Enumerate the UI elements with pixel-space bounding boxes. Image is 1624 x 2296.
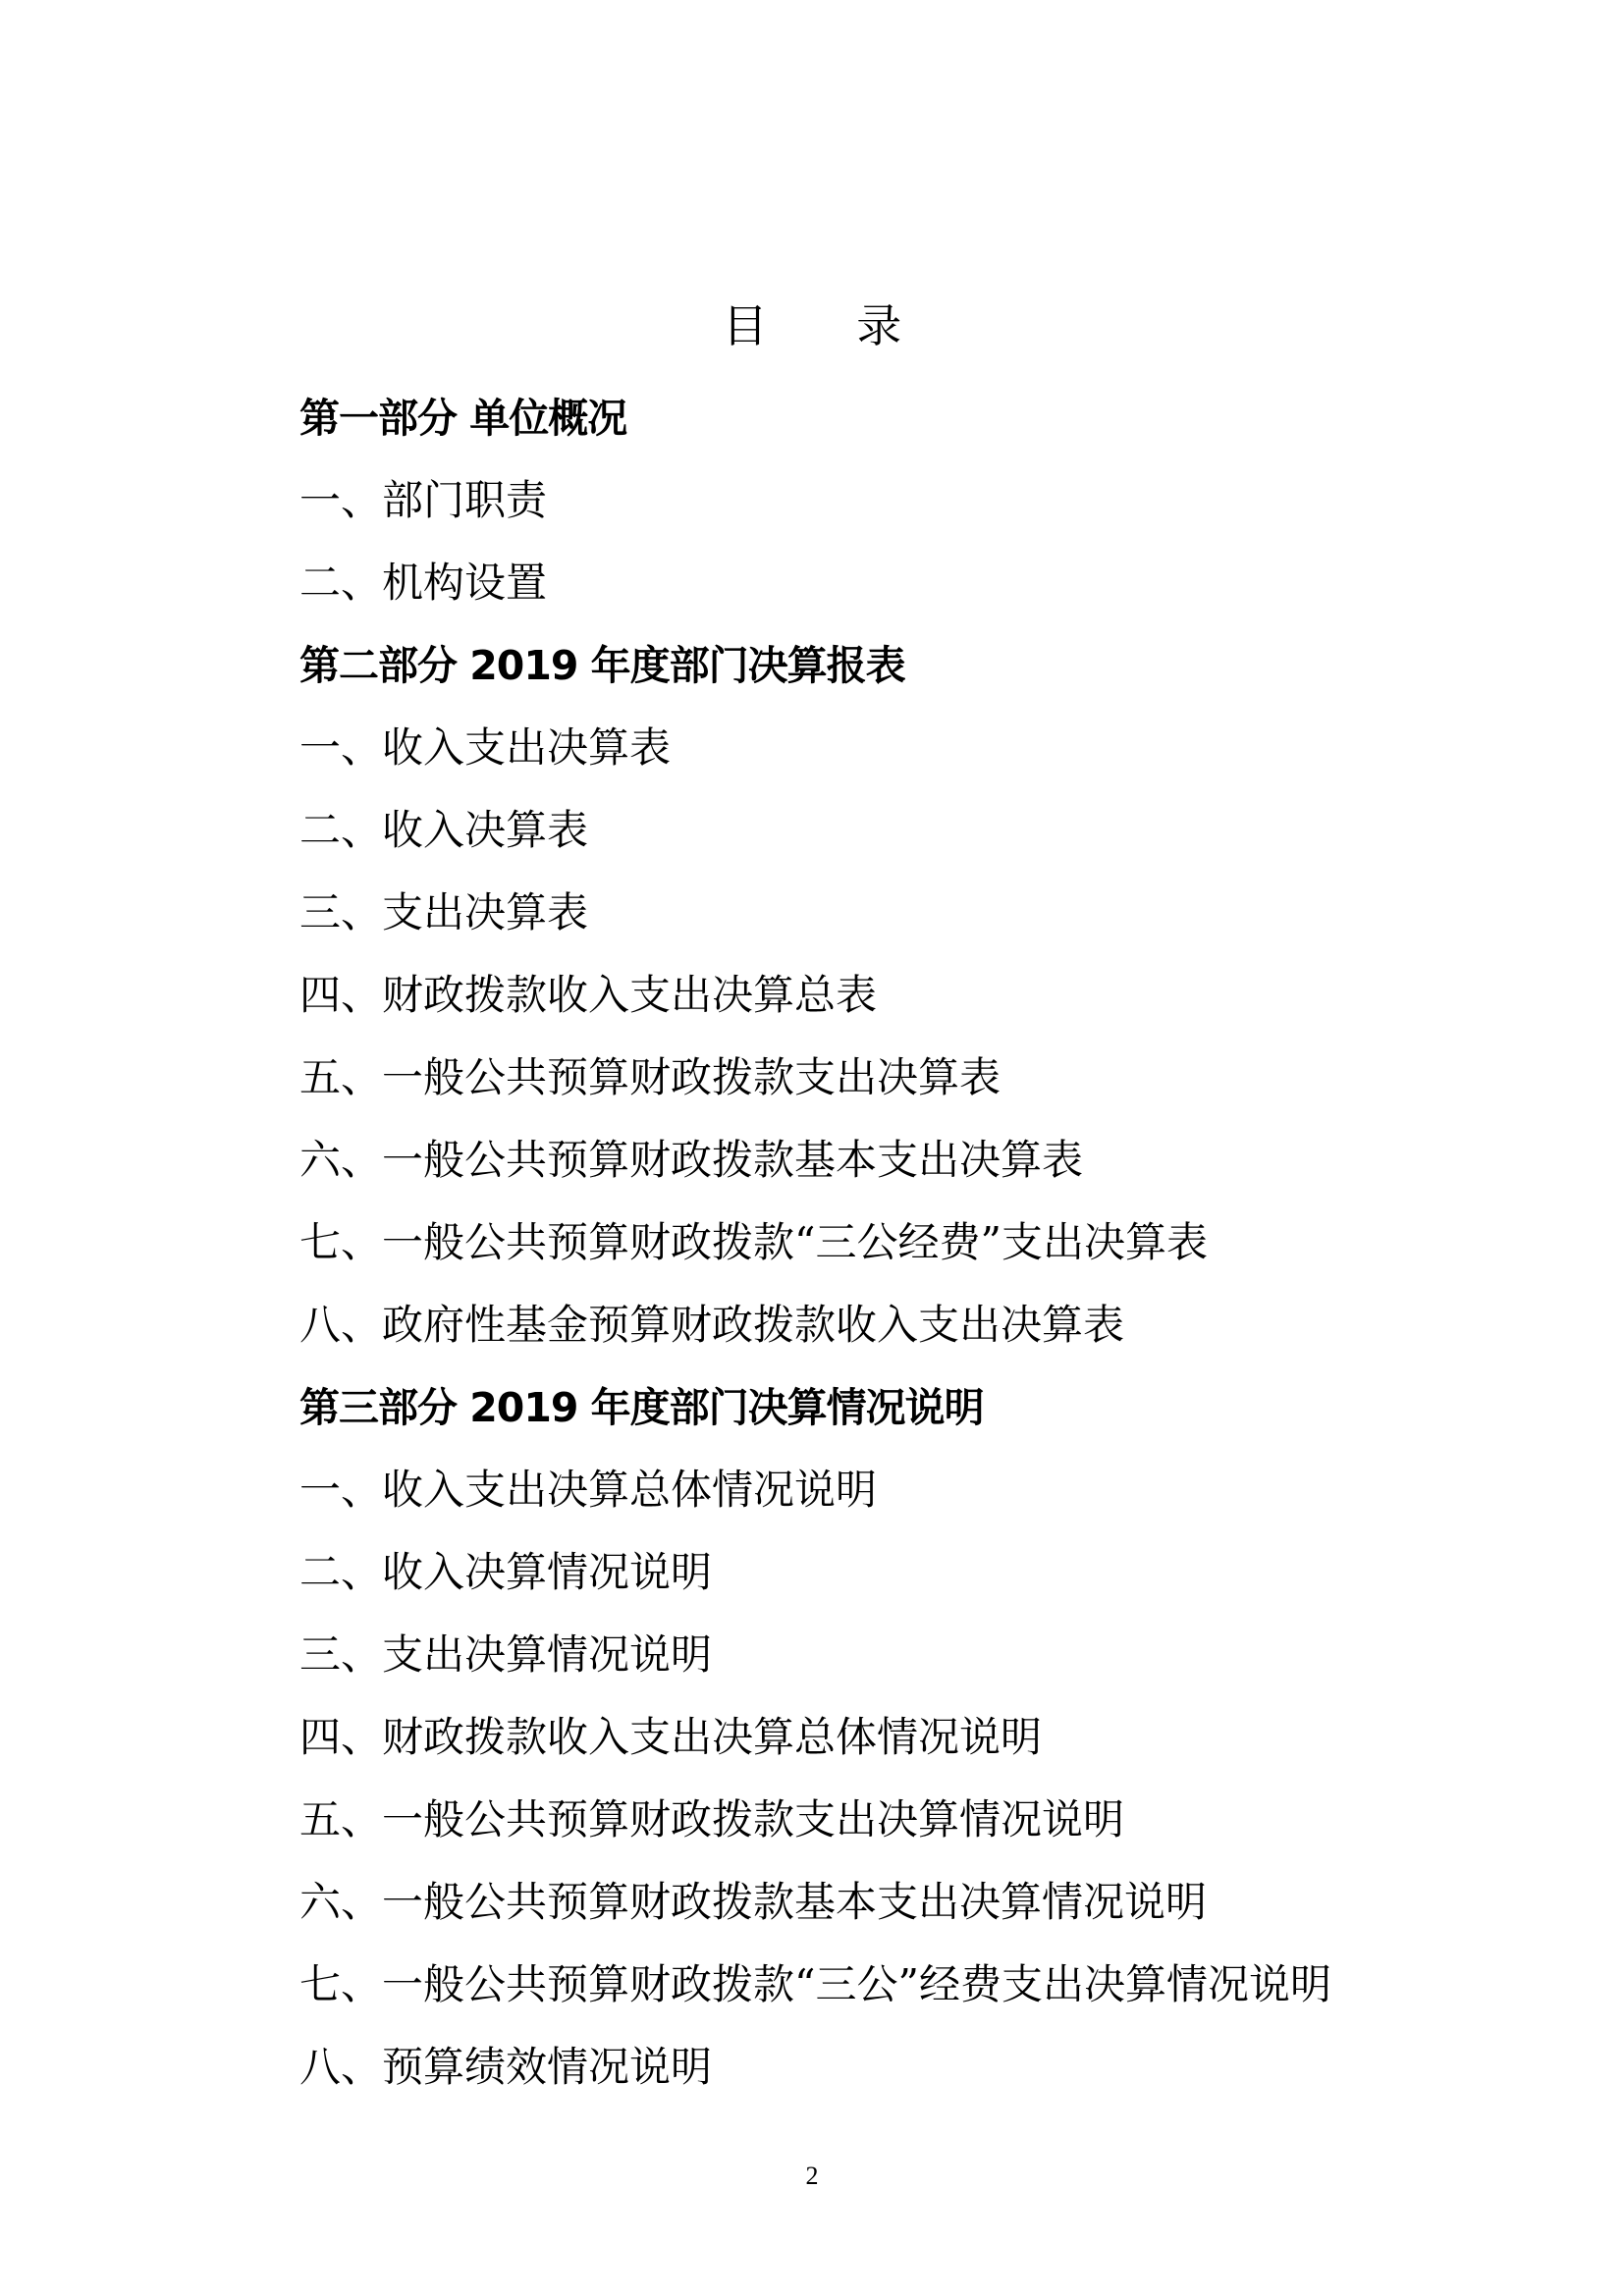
toc-item: 一、收入支出决算表	[299, 707, 1478, 789]
toc-section-part-3: 第三部分 2019 年度部门决算情况说明	[299, 1366, 1478, 1449]
toc-item: 八、预算绩效情况说明	[299, 2026, 1478, 2109]
toc-item: 四、财政拨款收入支出决算总体情况说明	[299, 1696, 1478, 1779]
toc-section-part-2: 第二部分 2019 年度部门决算报表	[299, 624, 1478, 707]
toc-item: 三、支出决算表	[299, 872, 1478, 954]
document-page: 目 录 第一部分 单位概况 一、部门职责 二、机构设置 第二部分 2019 年度…	[0, 0, 1624, 2296]
toc-item: 五、一般公共预算财政拨款支出决算表	[299, 1037, 1478, 1119]
toc-item: 六、一般公共预算财政拨款基本支出决算表	[299, 1119, 1478, 1201]
toc-section-part-1: 第一部分 单位概况	[299, 377, 1478, 459]
toc-item: 一、部门职责	[299, 459, 1478, 542]
toc-item: 四、财政拨款收入支出决算总表	[299, 954, 1478, 1037]
toc-item: 七、一般公共预算财政拨款“三公”经费支出决算情况说明	[299, 1944, 1478, 2026]
toc-item: 二、收入决算表	[299, 789, 1478, 872]
page-number: 2	[0, 2162, 1624, 2191]
toc-item: 八、政府性基金预算财政拨款收入支出决算表	[299, 1284, 1478, 1366]
table-of-contents: 第一部分 单位概况 一、部门职责 二、机构设置 第二部分 2019 年度部门决算…	[299, 377, 1478, 2109]
toc-item: 五、一般公共预算财政拨款支出决算情况说明	[299, 1779, 1478, 1861]
toc-item: 二、收入决算情况说明	[299, 1531, 1478, 1614]
toc-item: 六、一般公共预算财政拨款基本支出决算情况说明	[299, 1861, 1478, 1944]
toc-item: 七、一般公共预算财政拨款“三公经费”支出决算表	[299, 1201, 1478, 1284]
toc-item: 三、支出决算情况说明	[299, 1614, 1478, 1696]
toc-title: 目 录	[0, 291, 1624, 355]
toc-item: 二、机构设置	[299, 542, 1478, 624]
toc-item: 一、收入支出决算总体情况说明	[299, 1449, 1478, 1531]
